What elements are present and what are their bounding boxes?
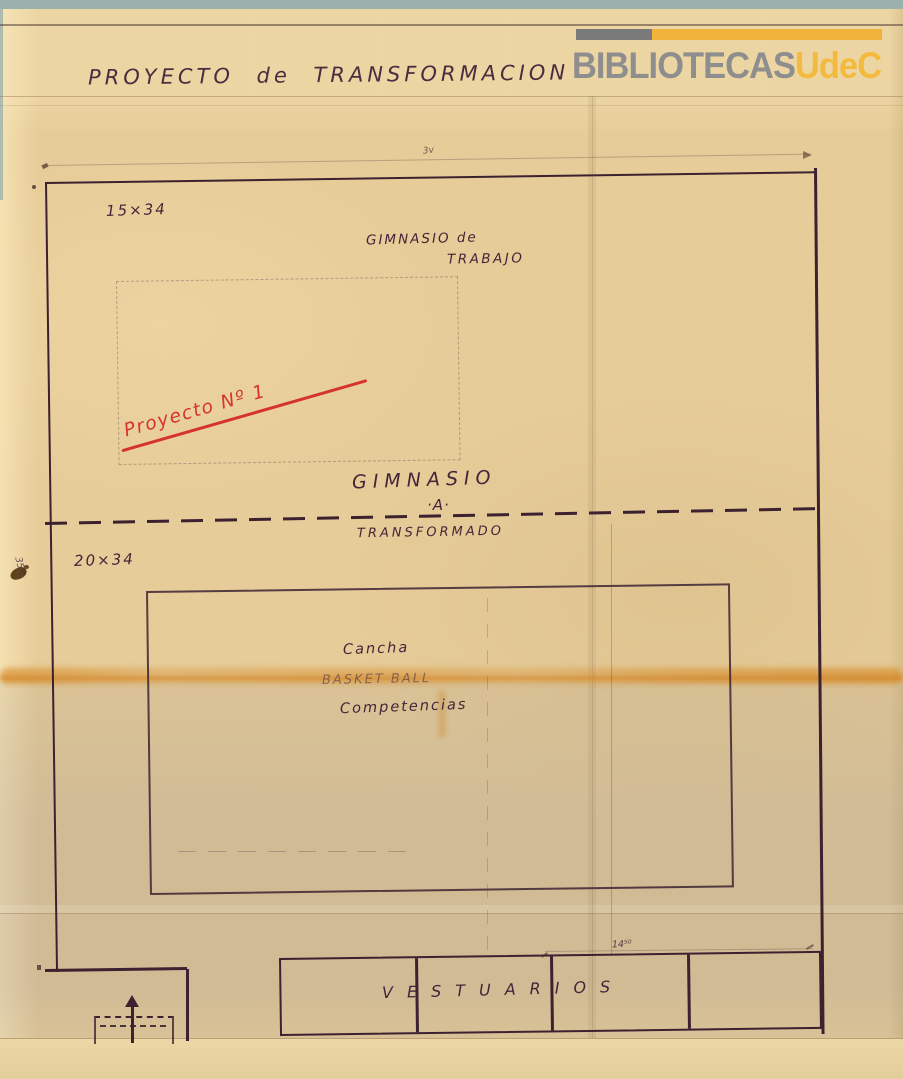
vestuarios-dimension-label: 14⁵⁰ (612, 939, 632, 950)
small-top-annotation: 3v (423, 146, 435, 157)
gym-work-label-line2: TRABAJO (447, 251, 525, 267)
paper-bottom-edge (0, 1038, 903, 1079)
north-arrow-icon (125, 995, 139, 1007)
fold-line-header-2 (0, 105, 903, 106)
faint-vertical-line (611, 524, 612, 956)
top-dimension-arrow-icon (803, 151, 812, 159)
court-label-line2: BASKET BALL (322, 672, 431, 688)
north-arrow-box (94, 1016, 174, 1044)
faint-dashed-vertical-line (487, 598, 488, 950)
scanner-bed-left-sliver (0, 0, 3, 200)
watermark-logo: BIBLIOTECASUdeC (572, 46, 879, 90)
watermark-bar-yellow (652, 29, 882, 40)
court-label-line1: Cancha (343, 641, 410, 659)
plan-bottom-step-vertical (186, 969, 189, 1041)
scanner-bed-strip (0, 0, 903, 9)
gym-work-label-line1: GIMNASIO de (366, 231, 478, 249)
vestuarios-divider-3 (687, 955, 690, 1029)
upper-dimension-label: 15×34 (106, 201, 167, 220)
watermark-text-primary: BIBLIOTECAS (572, 45, 795, 86)
gym-letter-label: ·A· (427, 497, 450, 514)
corner-mark (32, 185, 36, 189)
watermark-bar-gray (576, 29, 652, 40)
gym-transformed-label: TRANSFORMADO (357, 525, 504, 542)
basketball-court-rectangle (146, 583, 734, 895)
fold-line-header (0, 96, 903, 97)
step-corner-mark (37, 965, 41, 970)
north-arrow-shaft (131, 1003, 134, 1043)
faint-dashed-horizontal-line (178, 851, 418, 852)
lower-dimension-label: 20×34 (74, 551, 135, 570)
scanned-plan-sheet: BIBLIOTECASUdeC PROYECTO de TRANSFORMACI… (0, 0, 903, 1079)
fold-line-top (0, 24, 903, 26)
watermark-text-secondary: UdeC (795, 45, 881, 86)
